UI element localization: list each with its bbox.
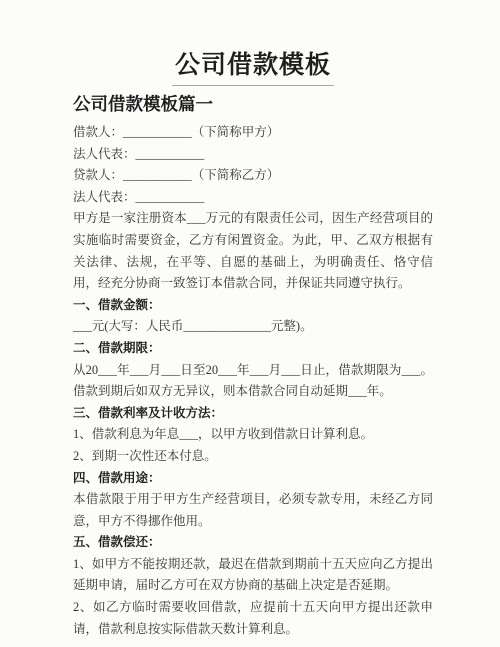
page-title: 公司借款模板 [73,50,433,86]
repayment-item-1: 1、如甲方不能按期还款，最迟在借款到期前十五天应向乙方提出延期申请，届时乙方可在… [73,554,433,597]
field-borrower-line: 借款人：___________（下简称甲方） [73,122,433,144]
section-heading: 公司借款模板篇一 [73,93,433,115]
document-body: 借款人：___________（下简称甲方） 法人代表：___________ … [73,122,433,640]
repayment-item-2: 2、如乙方临时需要收回借款，应提前十五天向甲方提出还款申请，借款利息按实际借款天… [73,597,433,640]
page-title-text: 公司借款模板 [172,50,334,86]
section-heading-loan-amount: 一、借款金额： [73,295,433,317]
interest-item-2: 2、到期一次性还本付息。 [73,446,433,468]
field-legal-representative-b: 法人代表：___________ [73,187,433,209]
section-heading-interest-rate: 三、借款利率及计收方法： [73,403,433,425]
loan-purpose-text: 本借款限于用于甲方生产经营项目，必须专款专用，未经乙方同意，甲方不得挪作他用。 [73,489,433,532]
loan-term-text: 从20___年___月___日至20___年___月___日止，借款期限为___… [73,360,433,403]
document-page: 公司借款模板 公司借款模板篇一 借款人：___________（下简称甲方） 法… [0,0,500,640]
field-legal-representative-a: 法人代表：___________ [73,144,433,166]
field-lender-line: 贷款人：___________（下简称乙方） [73,165,433,187]
section-heading-loan-purpose: 四、借款用途： [73,468,433,490]
section-heading-loan-term: 二、借款期限： [73,338,433,360]
loan-amount-text: ___元(大写：人民币______________元整)。 [73,316,433,338]
section-heading-repayment: 五、借款偿还： [73,532,433,554]
interest-item-1: 1、借款利息为年息___，以甲方收到借款日计算利息。 [73,424,433,446]
intro-paragraph: 甲方是一家注册资本___万元的有限责任公司，因生产经营项目的实施临时需要资金，乙… [73,208,433,294]
